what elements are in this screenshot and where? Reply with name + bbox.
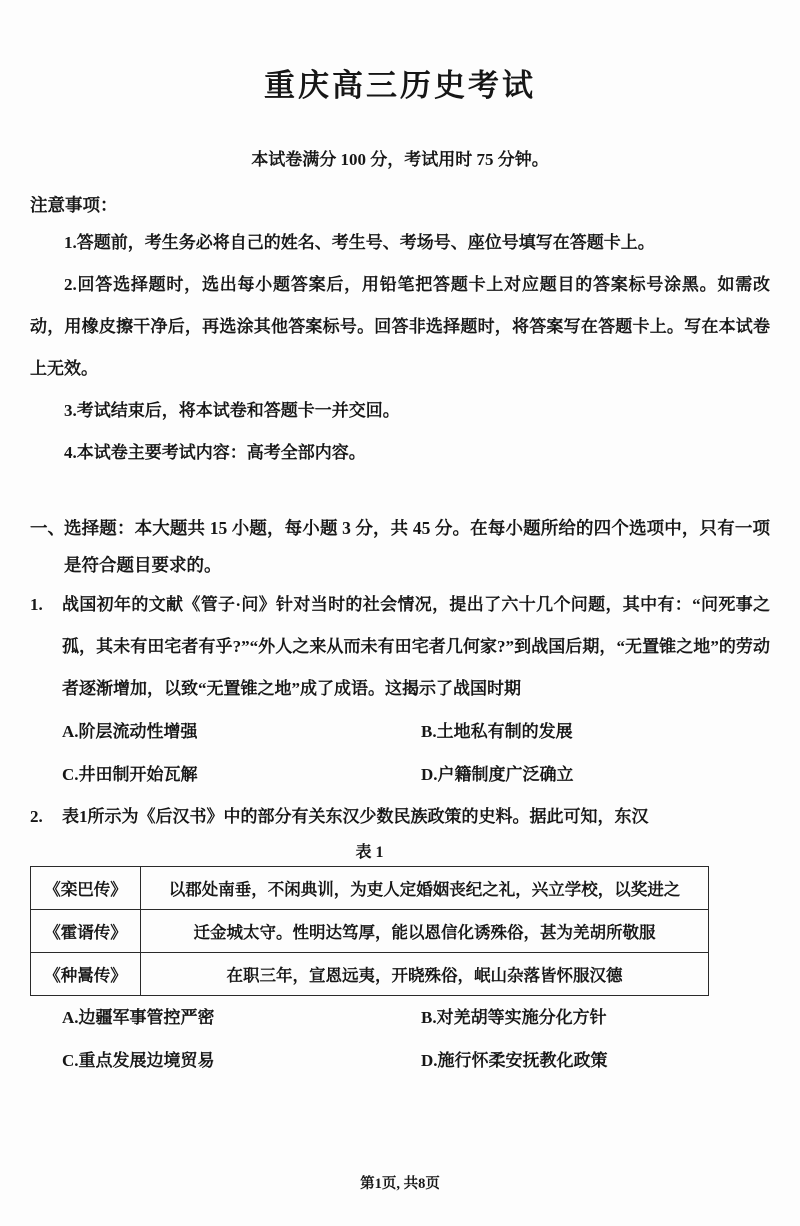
source-table: 《栾巴传》 以郡处南垂，不闲典训，为吏人定婚姻丧纪之礼，兴立学校，以奖进之 《霍… bbox=[30, 866, 709, 996]
exam-page: 重庆高三历史考试 本试卷满分 100 分，考试用时 75 分钟。 注意事项： 1… bbox=[0, 64, 800, 1082]
notice-item-3: 3.考试结束后，将本试卷和答题卡一并交回。 bbox=[30, 390, 770, 432]
question-2-option-d: D.施行怀柔安抚教化政策 bbox=[421, 1039, 770, 1082]
page-title: 重庆高三历史考试 bbox=[30, 64, 770, 108]
book-title-cell: 《栾巴传》 bbox=[31, 867, 141, 910]
notice-label: 注意事项： bbox=[30, 188, 770, 222]
table-row: 《栾巴传》 以郡处南垂，不闲典训，为吏人定婚姻丧纪之礼，兴立学校，以奖进之 bbox=[31, 867, 709, 910]
question-1-option-d: D.户籍制度广泛确立 bbox=[421, 753, 770, 796]
question-1-options: A.阶层流动性增强 B.土地私有制的发展 C.井田制开始瓦解 D.户籍制度广泛确… bbox=[62, 710, 770, 796]
notice-item-1: 1.答题前，考生务必将自己的姓名、考生号、考场号、座位号填写在答题卡上。 bbox=[30, 222, 770, 264]
question-1-option-c: C.井田制开始瓦解 bbox=[62, 753, 421, 796]
question-1: 1. 战国初年的文献《管子·问》针对当时的社会情况，提出了六十几个问题，其中有：… bbox=[30, 584, 770, 796]
exam-subtitle: 本试卷满分 100 分，考试用时 75 分钟。 bbox=[30, 146, 770, 174]
question-2-option-a: A.边疆军事管控严密 bbox=[62, 996, 421, 1039]
excerpt-cell: 以郡处南垂，不闲典训，为吏人定婚姻丧纪之礼，兴立学校，以奖进之 bbox=[141, 867, 709, 910]
question-2-number: 2. bbox=[30, 796, 43, 838]
question-2: 2. 表1所示为《后汉书》中的部分有关东汉少数民族政策的史料。据此可知，东汉 bbox=[30, 796, 770, 838]
question-1-number: 1. bbox=[30, 584, 43, 626]
question-2-option-b: B.对羌胡等实施分化方针 bbox=[421, 996, 770, 1039]
question-2-stem: 表1所示为《后汉书》中的部分有关东汉少数民族政策的史料。据此可知，东汉 bbox=[62, 796, 770, 838]
section-number: 一、 bbox=[30, 510, 65, 547]
notice-item-4: 4.本试卷主要考试内容：高考全部内容。 bbox=[30, 432, 770, 474]
page-footer: 第1页, 共8页 bbox=[0, 1172, 800, 1193]
table-block: 表 1 《栾巴传》 以郡处南垂，不闲典训，为吏人定婚姻丧纪之礼，兴立学校，以奖进… bbox=[30, 840, 709, 996]
question-2-option-c: C.重点发展边境贸易 bbox=[62, 1039, 421, 1082]
question-1-stem: 战国初年的文献《管子·问》针对当时的社会情况，提出了六十几个问题，其中有：“问死… bbox=[62, 584, 770, 710]
notice-item-2: 2.回答选择题时，选出每小题答案后，用铅笔把答题卡上对应题目的答案标号涂黑。如需… bbox=[30, 264, 770, 390]
table-row: 《霍谞传》 迁金城太守。性明达笃厚，能以恩信化诱殊俗，甚为羌胡所敬服 bbox=[31, 910, 709, 953]
question-1-option-a: A.阶层流动性增强 bbox=[62, 710, 421, 753]
question-2-options-block: A.边疆军事管控严密 B.对羌胡等实施分化方针 C.重点发展边境贸易 D.施行怀… bbox=[30, 996, 770, 1082]
table-caption: 表 1 bbox=[30, 840, 709, 866]
section-heading: 一、 选择题：本大题共 15 小题，每小题 3 分，共 45 分。在每小题所给的… bbox=[30, 510, 770, 584]
excerpt-cell: 在职三年，宣恩远夷，开晓殊俗，岷山杂落皆怀服汉德 bbox=[141, 953, 709, 996]
excerpt-cell: 迁金城太守。性明达笃厚，能以恩信化诱殊俗，甚为羌胡所敬服 bbox=[141, 910, 709, 953]
notice-section: 注意事项： 1.答题前，考生务必将自己的姓名、考生号、考场号、座位号填写在答题卡… bbox=[30, 188, 770, 474]
book-title-cell: 《霍谞传》 bbox=[31, 910, 141, 953]
question-1-option-b: B.土地私有制的发展 bbox=[421, 710, 770, 753]
question-2-options: A.边疆军事管控严密 B.对羌胡等实施分化方针 C.重点发展边境贸易 D.施行怀… bbox=[62, 996, 770, 1082]
section-heading-text: 选择题：本大题共 15 小题，每小题 3 分，共 45 分。在每小题所给的四个选… bbox=[64, 518, 770, 575]
book-title-cell: 《种暠传》 bbox=[31, 953, 141, 996]
table-row: 《种暠传》 在职三年，宣恩远夷，开晓殊俗，岷山杂落皆怀服汉德 bbox=[31, 953, 709, 996]
